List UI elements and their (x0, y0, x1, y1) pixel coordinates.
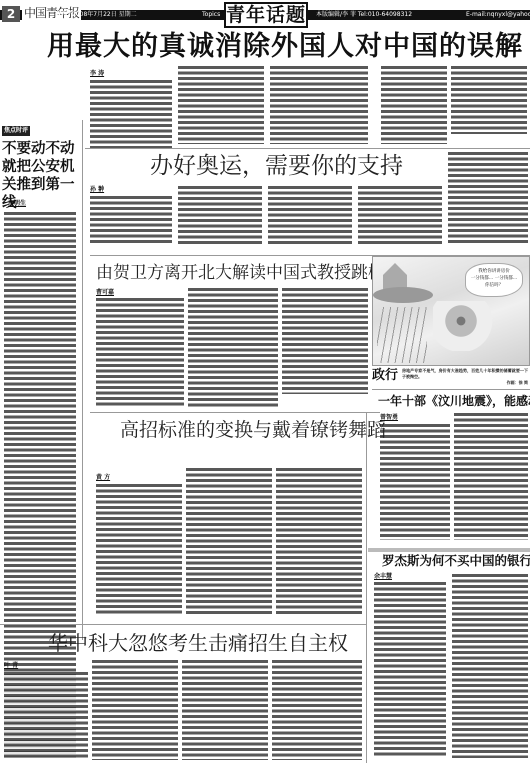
article-2-headline: 由贺卫方离开北大解读中国式教授跳槽 (96, 262, 385, 284)
article-1-col-5 (448, 152, 528, 244)
article-5-col-1 (380, 424, 450, 540)
lead-headline: 用最大的真诚消除外国人对中国的误解 (0, 30, 530, 64)
lead-text-col-4 (381, 66, 447, 144)
article-3-byline: 黄 方 (96, 474, 110, 482)
bubble-line-2: 一分钱都… 一分钱都… (468, 275, 520, 282)
lead-text-col-2 (178, 66, 264, 144)
article-1-col-1 (90, 196, 172, 244)
article-5-col-2 (454, 413, 528, 540)
article-1-col-3 (268, 186, 352, 244)
article-3-col-2 (186, 468, 272, 614)
article-4-col-2 (92, 660, 178, 760)
lead-text-col-5 (451, 66, 527, 134)
article-6-col-1 (374, 582, 446, 758)
article-3-headline: 高招标准的变换与戴着镣铐舞蹈 (120, 418, 386, 442)
article-2-col-3 (282, 288, 368, 394)
cartoon-speech-bubble: 我给你讲讲房价 一分钱都… 一分钱都… 你信吗？ (465, 263, 523, 297)
article-2-col-1 (96, 298, 184, 408)
article-6-headline: 罗杰斯为何不买中国的银行股 (382, 553, 530, 569)
article-6-byline: 余丰慧 (374, 573, 392, 581)
sidebar-byline: 唐明生 (8, 200, 26, 208)
topics-label: Topics (202, 10, 220, 20)
lead-divider (85, 148, 530, 149)
page-number: 2 (2, 6, 20, 22)
bubble-line-1: 我给你讲讲房价 (468, 268, 520, 275)
editor-line: 本版编辑/李 菲 Tel:010-64098312 (316, 10, 412, 20)
cartoon-title: 政行 (372, 368, 398, 384)
sidebar-label: 焦点时评 (2, 126, 30, 136)
article-3-col-3 (276, 468, 362, 614)
cartoon-author: 作画：徐 简 (486, 380, 528, 386)
right-column-divider (366, 412, 367, 763)
lead-text-col-1 (90, 80, 172, 150)
article-4-headline: 华中科大忽悠考生击痛招生自主权 (48, 630, 348, 656)
article-2-byline: 曹可嘉 (96, 289, 114, 297)
cartoon-figure (433, 301, 503, 351)
article-4-col-4 (272, 660, 362, 760)
cartoon-divider (372, 389, 530, 390)
bubble-line-3: 你信吗？ (468, 282, 520, 289)
article-5-headline: 一年十部《汶川地震》，能感动谁 (378, 393, 530, 409)
article-3-col-1 (96, 484, 182, 614)
article-1-byline: 孙 翀 (90, 186, 104, 194)
article-6-col-2 (452, 574, 528, 758)
article-2-divider (90, 412, 380, 413)
article-4-col-3 (182, 660, 268, 760)
sidebar-divider (82, 120, 83, 640)
article-1-headline: 办好奥运，需要你的支持 (150, 152, 403, 180)
article-2-col-2 (188, 288, 278, 408)
issue-date: 2008年7月22日 星期二 (72, 10, 137, 20)
masthead-slashes: //// (58, 10, 71, 20)
cartoon-rain (377, 307, 427, 363)
editor-email: E-mail:nqnyxl@yahoo.com.cn (466, 10, 530, 20)
lead-byline: 李 涛 (90, 70, 104, 78)
article-1-col-2 (178, 186, 262, 244)
article-3-divider (0, 624, 366, 625)
cartoon-image: 我给你讲讲房价 一分钱都… 一分钱都… 你信吗？ (372, 256, 530, 366)
article-4-col-1 (4, 672, 88, 760)
cartoon-caption: 房地产专家不是气，房价有大涨趋势，百姓几十年积攒的储蓄就要一下子被掏空。 (402, 368, 528, 380)
article-4-byline: 叶 青 (4, 662, 18, 670)
lead-text-col-3 (270, 66, 368, 144)
cartoon-cloud (373, 287, 433, 303)
section-title: 青年话题 (224, 2, 308, 28)
article-5-divider (368, 548, 530, 552)
article-1-col-4 (358, 186, 442, 244)
